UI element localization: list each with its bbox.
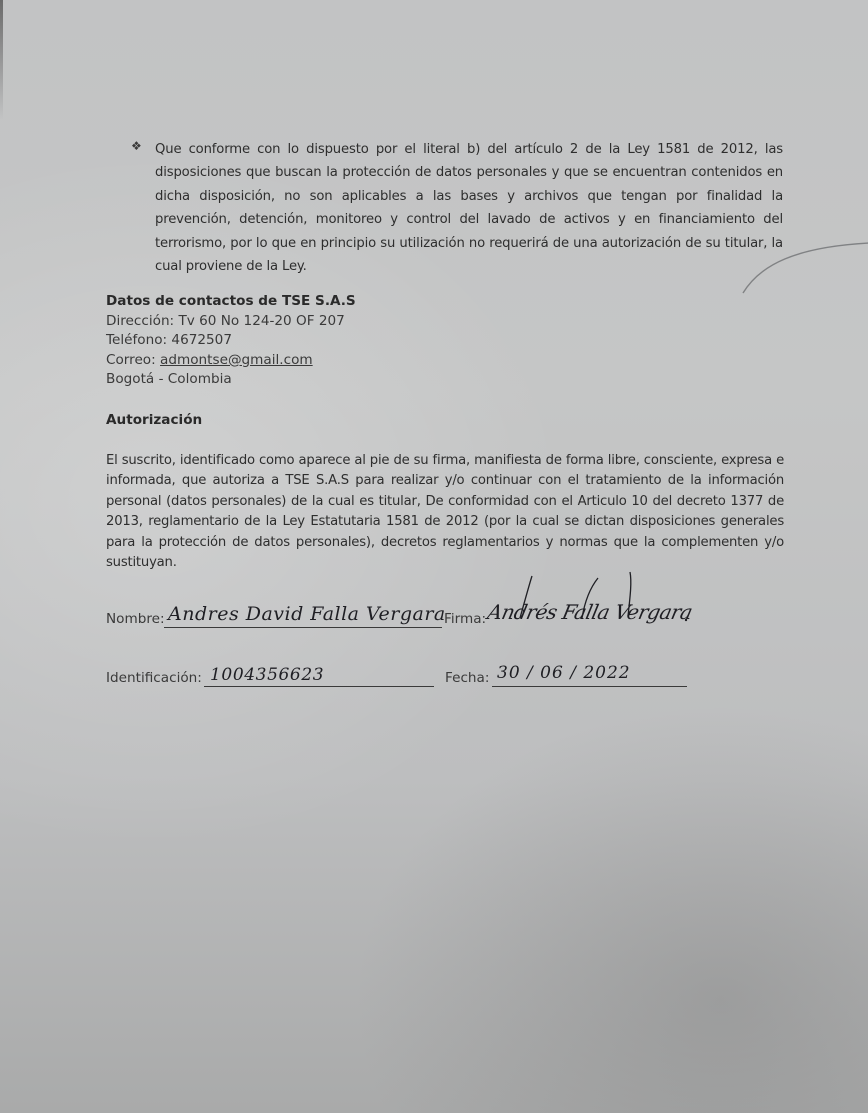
contact-phone: Teléfono: 4672507 [106,331,356,351]
signature-flourish [490,570,690,630]
contact-info-block: Datos de contactos de TSE S.A.S Direcció… [106,292,356,390]
authorization-title: Autorización [106,412,202,428]
date-underline [492,686,687,687]
authorization-paragraph: El suscrito, identificado como aparece a… [106,451,784,573]
contact-address: Dirección: Tv 60 No 124-20 OF 207 [106,312,356,332]
paper-edge-shadow [0,0,3,120]
contact-city: Bogotá - Colombia [106,370,356,390]
signature-label: Firma: [444,611,486,627]
date-label: Fecha: [445,670,489,686]
id-handwritten-value[interactable]: 1004356623 [210,665,324,685]
contact-email-label: Correo: [106,352,160,368]
date-handwritten-value[interactable]: 30 / 06 / 2022 [497,663,631,683]
name-handwritten-value[interactable]: Andres David Falla Vergara [168,603,446,625]
contact-email-link[interactable]: admontse@gmail.com [160,352,313,368]
name-underline [164,627,442,628]
contact-title: Datos de contactos de TSE S.A.S [106,292,356,312]
name-label: Nombre: [106,611,165,627]
pen-stroke-mark [735,235,868,305]
four-diamond-bullet-icon: ❖ [131,139,142,153]
contact-email-row: Correo: admontse@gmail.com [106,351,356,371]
legal-bullet-item: ❖ Que conforme con lo dispuesto por el l… [131,138,783,278]
bullet-paragraph: Que conforme con lo dispuesto por el lit… [155,138,783,278]
id-underline [204,686,434,687]
id-label: Identificación: [106,670,202,686]
